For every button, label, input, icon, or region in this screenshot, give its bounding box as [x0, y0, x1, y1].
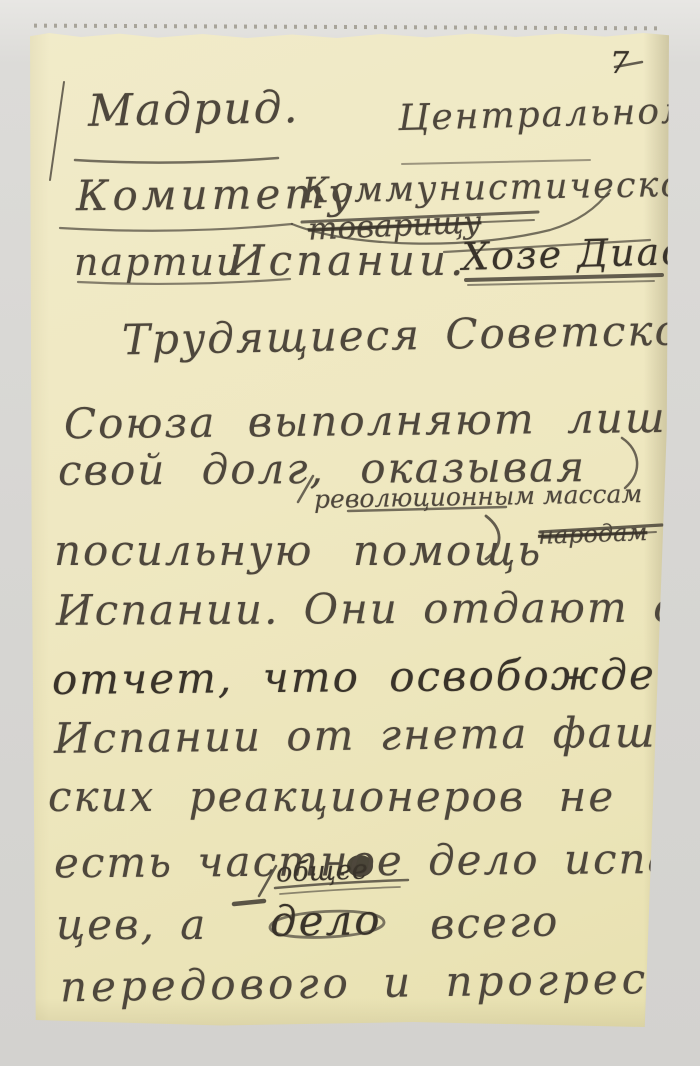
perforation-edge	[34, 24, 662, 31]
body-line-10-part2: всего	[429, 896, 560, 948]
underline-madrid	[75, 158, 278, 163]
page-number: 7	[610, 46, 629, 81]
address-party: партии	[74, 240, 242, 284]
body-line-9: есть частное дело испан-	[54, 834, 700, 888]
struck-narodam: народам	[538, 518, 648, 550]
inserted-word-masses: массам	[543, 479, 643, 510]
body-line-8: ских реакционеров не	[48, 772, 615, 821]
body-line-2: Союза выполняют лишь	[64, 393, 692, 449]
inserted-revolutionary-masses: революционным массам	[314, 479, 643, 514]
body-line-7: Испании от гнета фашист=	[54, 706, 700, 763]
underline-komitetu	[60, 224, 292, 231]
underline-name-light	[468, 281, 654, 285]
struck-delo: дело	[270, 895, 382, 946]
body-line-10-part1: цев, а	[56, 900, 207, 949]
underline-centralnomu	[402, 160, 590, 164]
body-line-1: Трудящиеся Советского	[122, 305, 700, 365]
body-line-11: передового и прогрес=	[60, 954, 689, 1012]
address-jose-diaz: Хозе Диас	[461, 229, 685, 279]
body-line-4: посильную помощь	[54, 526, 542, 575]
dash-mark	[234, 901, 264, 904]
address-central: Центральному	[398, 90, 700, 139]
manuscript-photo: 7 Мадрид. Центральному Комитету Коммунис…	[0, 0, 700, 1066]
address-city: Мадрид.	[88, 82, 300, 137]
manuscript-page: 7 Мадрид. Центральному Комитету Коммунис…	[30, 30, 669, 1028]
inserted-word-revolutionary: революционным	[314, 481, 535, 514]
body-line-6: отчет, что освобождение	[52, 649, 700, 704]
address-communist: Коммунистической	[302, 164, 700, 211]
underline-insertion-2b	[280, 887, 400, 894]
address-spain: Испании.	[228, 236, 467, 285]
paper-crease	[50, 82, 64, 180]
inserted-obshchee: общее	[275, 854, 368, 888]
body-line-5: Испании. Они отдают себе	[56, 582, 700, 635]
